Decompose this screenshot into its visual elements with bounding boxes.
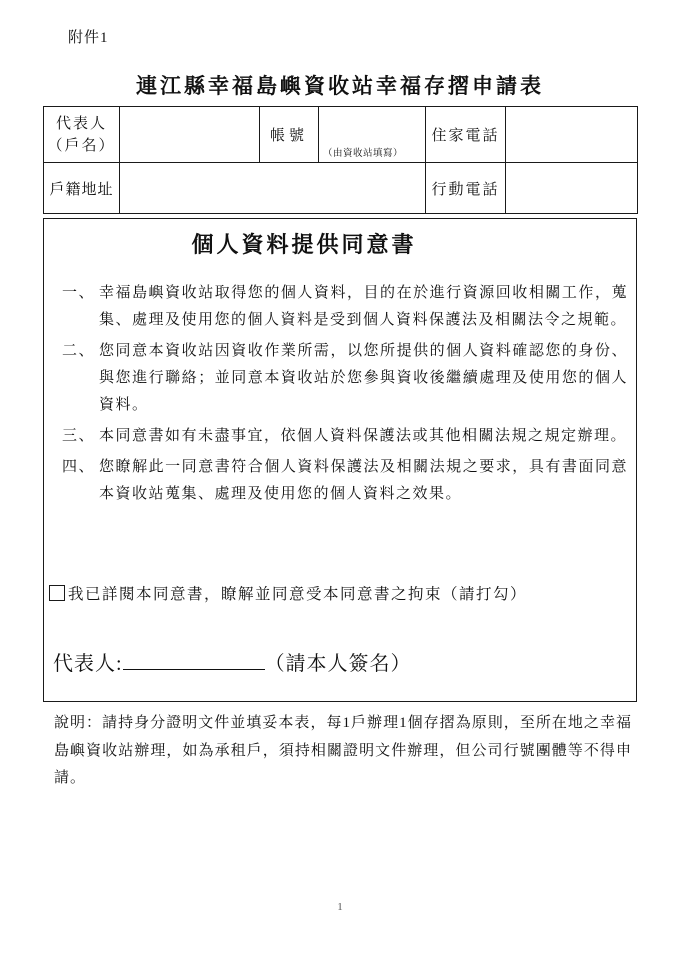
mobile-phone-field[interactable] [506, 163, 638, 214]
clause-number: 四、 [62, 454, 99, 508]
clause-number: 二、 [62, 338, 99, 419]
address-field[interactable] [120, 163, 426, 214]
consent-section: 個人資料提供同意書 一、 幸福島嶼資收站取得您的個人資料，目的在於進行資源回收相… [43, 218, 637, 702]
clause-text: 幸福島嶼資收站取得您的個人資料，目的在於進行資源回收相關工作，蒐集、處理及使用您… [99, 280, 628, 334]
agreement-checkbox-label: 我已詳閱本同意書，瞭解並同意受本同意書之拘束（請打勾） [68, 582, 527, 604]
representative-label-cell: 代表人 （戶名） [44, 107, 120, 163]
representative-label: 代表人 [44, 113, 119, 135]
signature-line[interactable] [123, 652, 265, 670]
consent-clause-1: 一、 幸福島嶼資收站取得您的個人資料，目的在於進行資源回收相關工作，蒐集、處理及… [62, 280, 628, 334]
consent-clauses: 一、 幸福島嶼資收站取得您的個人資料，目的在於進行資源回收相關工作，蒐集、處理及… [44, 280, 636, 508]
account-label-cell: 帳號 [260, 107, 319, 163]
consent-clause-3: 三、 本同意書如有未盡事宜，依個人資料保護法或其他相關法規之規定辦理。 [62, 423, 628, 450]
account-note: （由資收站填寫） [323, 145, 403, 159]
clause-number: 一、 [62, 280, 99, 334]
page-number: 1 [0, 901, 680, 913]
footnote: 說明：請持身分證明文件並填妥本表，每1戶辦理1個存摺為原則，至所在地之幸福島嶼資… [54, 710, 632, 793]
clause-number: 三、 [62, 423, 99, 450]
applicant-info-table: 代表人 （戶名） 帳號 （由資收站填寫） 住家電話 戶籍地址 行動電話 [43, 106, 638, 214]
attachment-label: 附件1 [68, 26, 109, 47]
account-number-field[interactable]: （由資收站填寫） [319, 107, 426, 163]
consent-heading: 個人資料提供同意書 [44, 228, 564, 259]
home-phone-label-cell: 住家電話 [426, 107, 506, 163]
home-phone-field[interactable] [506, 107, 638, 163]
table-row: 代表人 （戶名） 帳號 （由資收站填寫） 住家電話 [44, 107, 638, 163]
representative-name-field[interactable] [120, 107, 260, 163]
document-page: 附件1 連江縣幸福島嶼資收站幸福存摺申請表 代表人 （戶名） 帳號 （由資收站填… [0, 0, 680, 961]
consent-clause-2: 二、 您同意本資收站因資收作業所需，以您所提供的個人資料確認您的身份、與您進行聯… [62, 338, 628, 419]
clause-text: 本同意書如有未盡事宜，依個人資料保護法或其他相關法規之規定辦理。 [99, 423, 628, 450]
consent-clause-4: 四、 您瞭解此一同意書符合個人資料保護法及相關法規之要求，具有書面同意本資收站蒐… [62, 454, 628, 508]
address-label-cell: 戶籍地址 [44, 163, 120, 214]
signature-label: 代表人: [53, 653, 123, 675]
agreement-checkbox-row: 我已詳閱本同意書，瞭解並同意受本同意書之拘束（請打勾） [49, 582, 527, 604]
page-title: 連江縣幸福島嶼資收站幸福存摺申請表 [43, 70, 637, 100]
clause-text: 您同意本資收站因資收作業所需，以您所提供的個人資料確認您的身份、與您進行聯絡；並… [99, 338, 628, 419]
mobile-phone-label-cell: 行動電話 [426, 163, 506, 214]
representative-sublabel: （戶名） [44, 135, 119, 157]
signature-hint: （請本人簽名） [265, 653, 412, 675]
signature-row: 代表人:（請本人簽名） [53, 647, 412, 676]
clause-text: 您瞭解此一同意書符合個人資料保護法及相關法規之要求，具有書面同意本資收站蒐集、處… [99, 454, 628, 508]
table-row: 戶籍地址 行動電話 [44, 163, 638, 214]
agreement-checkbox[interactable] [49, 585, 65, 601]
